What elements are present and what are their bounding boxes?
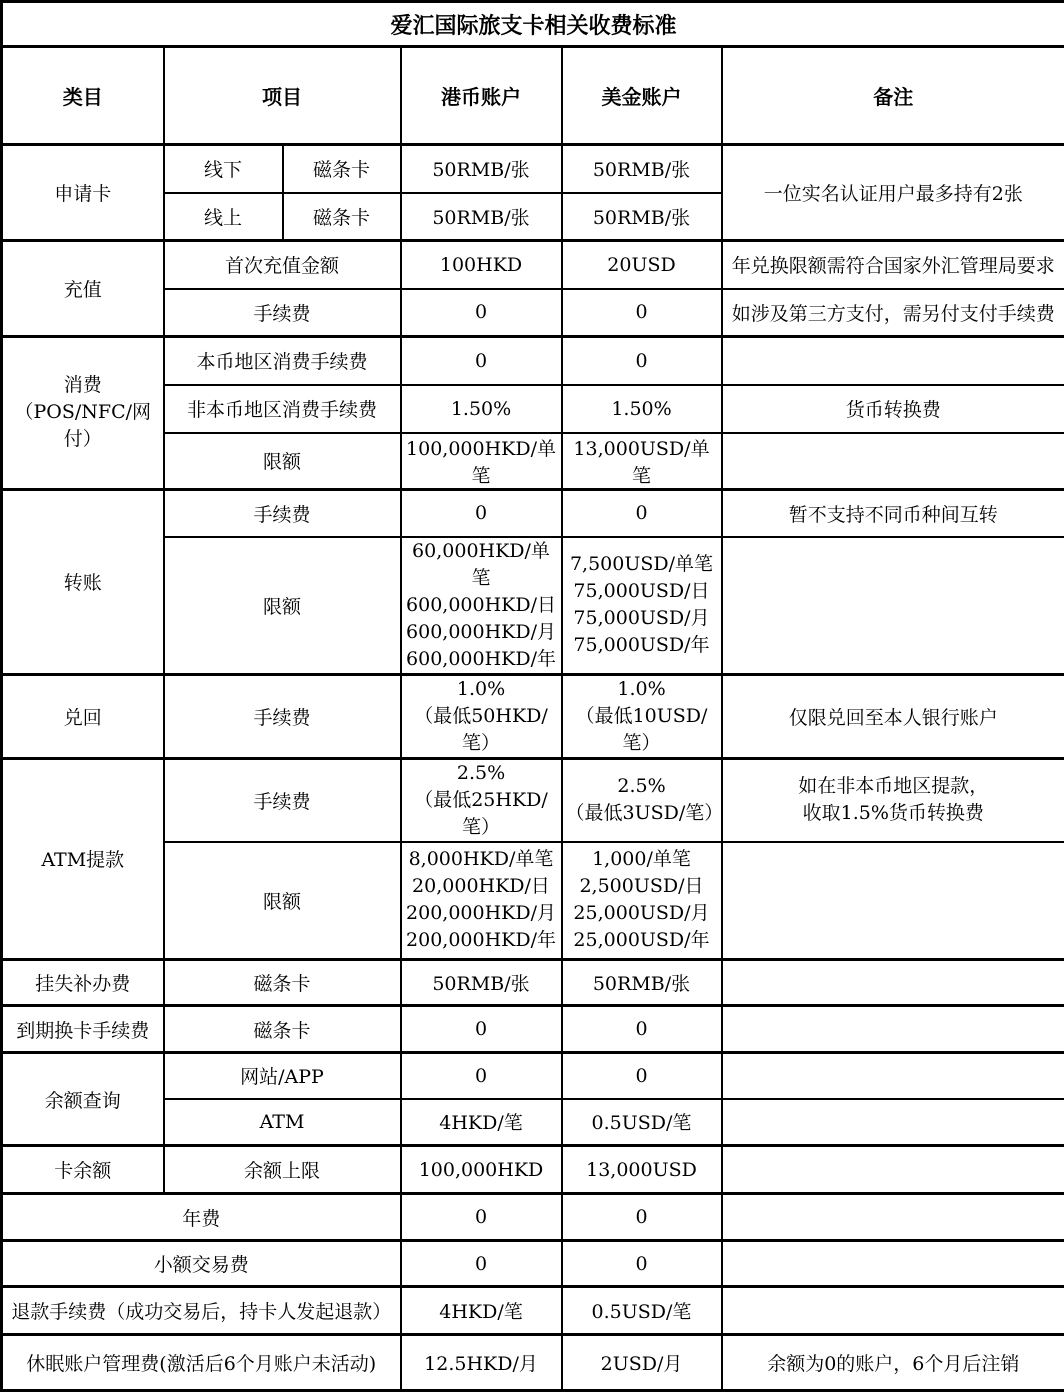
- cell-redeem-fee-usd: 1.0% （最低10USD/笔）: [562, 674, 722, 758]
- cell-atm-fee-usd: 2.5% （最低3USD/笔）: [562, 758, 722, 841]
- cell-card-balance-usd: 13,000USD: [562, 1146, 722, 1194]
- header-usd-account: 美金账户: [562, 47, 722, 145]
- cell-consume-nonlocal-item: 非本币地区消费手续费: [164, 385, 401, 433]
- cell-expiry-category: 到期换卡手续费: [2, 1006, 164, 1053]
- cell-apply-offline-usd: 50RMB/张: [562, 145, 722, 193]
- cell-loss-usd: 50RMB/张: [562, 960, 722, 1006]
- cell-apply-offline-cardtype: 磁条卡: [283, 145, 401, 193]
- cell-recharge-fee-item: 手续费: [164, 289, 401, 337]
- cell-dormant-fee-hkd: 12.5HKD/月: [401, 1335, 562, 1391]
- cell-apply-offline-hkd: 50RMB/张: [401, 145, 562, 193]
- cell-atm-limit-item: 限额: [164, 842, 401, 960]
- cell-card-balance-remark: [722, 1146, 1064, 1194]
- cell-balance-atm-item: ATM: [164, 1099, 401, 1146]
- cell-transfer-limit-item: 限额: [164, 537, 401, 674]
- cell-apply-online-cardtype: 磁条卡: [283, 193, 401, 241]
- cell-expiry-item: 磁条卡: [164, 1006, 401, 1053]
- cell-balance-web-item: 网站/APP: [164, 1053, 401, 1099]
- cell-redeem-fee-remark: 仅限兑回至本人银行账户: [722, 674, 1064, 758]
- cell-consume-local-hkd: 0: [401, 337, 562, 385]
- cell-consume-limit-hkd: 100,000HKD/单笔: [401, 433, 562, 490]
- cell-annual-fee-usd: 0: [562, 1194, 722, 1241]
- cell-transfer-fee-item: 手续费: [164, 489, 401, 537]
- cell-consume-limit-usd: 13,000USD/单笔: [562, 433, 722, 490]
- cell-transfer-fee-usd: 0: [562, 489, 722, 537]
- cell-atm-fee-hkd: 2.5% （最低25HKD/笔）: [401, 758, 562, 841]
- cell-consume-local-item: 本币地区消费手续费: [164, 337, 401, 385]
- cell-dormant-fee-remark: 余额为0的账户，6个月后注销: [722, 1335, 1064, 1391]
- cell-atm-fee-remark: 如在非本币地区提款， 收取1.5%货币转换费: [722, 758, 1064, 841]
- cell-balance-web-usd: 0: [562, 1053, 722, 1099]
- cell-dormant-fee-label: 休眠账户管理费(激活后6个月账户未活动): [2, 1335, 401, 1391]
- cell-consume-local-usd: 0: [562, 337, 722, 385]
- cell-recharge-first-hkd: 100HKD: [401, 241, 562, 289]
- cell-balance-web-remark: [722, 1053, 1064, 1099]
- header-category: 类目: [2, 47, 164, 145]
- cell-expiry-usd: 0: [562, 1006, 722, 1053]
- cell-atm-limit-remark: [722, 842, 1064, 960]
- cell-consume-limit-remark: [722, 433, 1064, 490]
- cell-recharge-fee-hkd: 0: [401, 289, 562, 337]
- cell-atm-limit-hkd: 8,000HKD/单笔 20,000HKD/日 200,000HKD/月 200…: [401, 842, 562, 960]
- cell-card-balance-item: 余额上限: [164, 1146, 401, 1194]
- table-title: 爱汇国际旅支卡相关收费标准: [2, 2, 1064, 47]
- cell-consume-nonlocal-hkd: 1.50%: [401, 385, 562, 433]
- cell-recharge-category: 充值: [2, 241, 164, 337]
- cell-atm-fee-item: 手续费: [164, 758, 401, 841]
- cell-transfer-limit-hkd: 60,000HKD/单笔 600,000HKD/日 600,000HKD/月 6…: [401, 537, 562, 674]
- cell-consume-local-remark: [722, 337, 1064, 385]
- cell-annual-fee-hkd: 0: [401, 1194, 562, 1241]
- cell-apply-card-category: 申请卡: [2, 145, 164, 241]
- cell-loss-hkd: 50RMB/张: [401, 960, 562, 1006]
- cell-apply-online-channel: 线上: [164, 193, 283, 241]
- cell-transfer-fee-hkd: 0: [401, 489, 562, 537]
- cell-atm-limit-usd: 1,000/单笔 2,500USD/日 25,000USD/月 25,000US…: [562, 842, 722, 960]
- cell-micro-fee-remark: [722, 1241, 1064, 1287]
- cell-consume-limit-item: 限额: [164, 433, 401, 490]
- cell-apply-offline-channel: 线下: [164, 145, 283, 193]
- header-remark: 备注: [722, 47, 1064, 145]
- cell-balance-atm-usd: 0.5USD/笔: [562, 1099, 722, 1146]
- cell-transfer-fee-remark: 暂不支持不同币种间互转: [722, 489, 1064, 537]
- cell-expiry-hkd: 0: [401, 1006, 562, 1053]
- cell-refund-fee-remark: [722, 1287, 1064, 1335]
- cell-recharge-fee-remark: 如涉及第三方支付，需另付支付手续费: [722, 289, 1064, 337]
- cell-loss-remark: [722, 960, 1064, 1006]
- cell-refund-fee-hkd: 4HKD/笔: [401, 1287, 562, 1335]
- cell-balance-atm-remark: [722, 1099, 1064, 1146]
- cell-redeem-fee-item: 手续费: [164, 674, 401, 758]
- cell-annual-fee-label: 年费: [2, 1194, 401, 1241]
- cell-micro-fee-hkd: 0: [401, 1241, 562, 1287]
- cell-balance-web-hkd: 0: [401, 1053, 562, 1099]
- fee-table: 爱汇国际旅支卡相关收费标准 类目 项目 港币账户 美金账户 备注 申请卡 线下 …: [0, 0, 1064, 1392]
- cell-consume-nonlocal-remark: 货币转换费: [722, 385, 1064, 433]
- cell-expiry-remark: [722, 1006, 1064, 1053]
- cell-balance-atm-hkd: 4HKD/笔: [401, 1099, 562, 1146]
- cell-apply-online-hkd: 50RMB/张: [401, 193, 562, 241]
- cell-refund-fee-usd: 0.5USD/笔: [562, 1287, 722, 1335]
- cell-transfer-limit-usd: 7,500USD/单笔 75,000USD/日 75,000USD/月 75,0…: [562, 537, 722, 674]
- cell-refund-fee-label: 退款手续费（成功交易后，持卡人发起退款）: [2, 1287, 401, 1335]
- cell-apply-online-usd: 50RMB/张: [562, 193, 722, 241]
- cell-consume-category: 消费 （POS/NFC/网付）: [2, 337, 164, 490]
- cell-transfer-limit-remark: [722, 537, 1064, 674]
- cell-card-balance-category: 卡余额: [2, 1146, 164, 1194]
- cell-card-balance-hkd: 100,000HKD: [401, 1146, 562, 1194]
- cell-balance-query-category: 余额查询: [2, 1053, 164, 1146]
- cell-dormant-fee-usd: 2USD/月: [562, 1335, 722, 1391]
- cell-redeem-fee-hkd: 1.0% （最低50HKD/笔）: [401, 674, 562, 758]
- cell-micro-fee-usd: 0: [562, 1241, 722, 1287]
- cell-annual-fee-remark: [722, 1194, 1064, 1241]
- cell-loss-item: 磁条卡: [164, 960, 401, 1006]
- cell-consume-nonlocal-usd: 1.50%: [562, 385, 722, 433]
- cell-micro-fee-label: 小额交易费: [2, 1241, 401, 1287]
- cell-recharge-fee-usd: 0: [562, 289, 722, 337]
- header-hkd-account: 港币账户: [401, 47, 562, 145]
- cell-redeem-category: 兑回: [2, 674, 164, 758]
- cell-apply-remark: 一位实名认证用户最多持有2张: [722, 145, 1064, 241]
- cell-atm-category: ATM提款: [2, 758, 164, 959]
- header-item: 项目: [164, 47, 401, 145]
- cell-recharge-first-usd: 20USD: [562, 241, 722, 289]
- cell-transfer-category: 转账: [2, 489, 164, 674]
- cell-recharge-first-remark: 年兑换限额需符合国家外汇管理局要求: [722, 241, 1064, 289]
- cell-loss-category: 挂失补办费: [2, 960, 164, 1006]
- cell-recharge-first-item: 首次充值金额: [164, 241, 401, 289]
